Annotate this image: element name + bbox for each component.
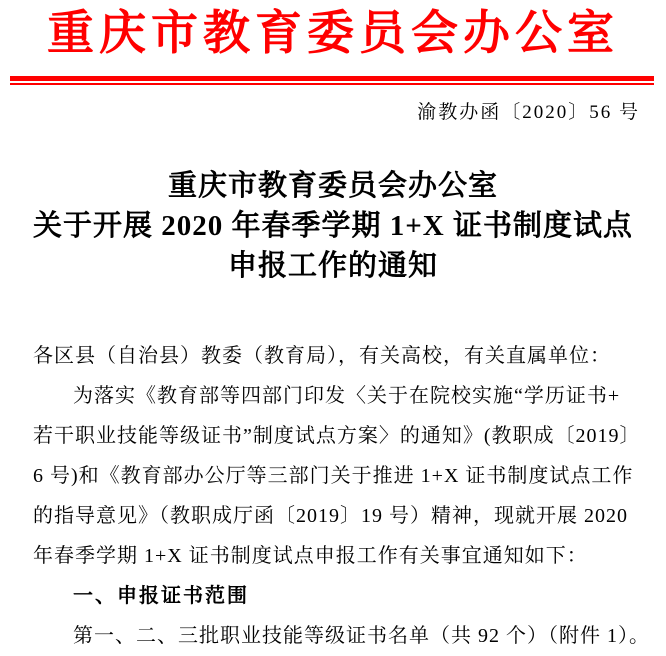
document-title-line-3: 申报工作的通知 <box>0 246 666 286</box>
paragraph-line: 的指导意见》（教职成厅函〔2019〕19 号）精神，现就开展 2020 <box>33 496 642 536</box>
document-title: 重庆市教育委员会办公室 关于开展 2020 年春季学期 1+X 证书制度试点 申… <box>0 166 666 286</box>
paragraph-line: 为落实《教育部等四部门印发〈关于在院校实施“学历证书+ <box>33 376 642 416</box>
letterhead-divider-rule <box>10 76 654 85</box>
section-1-heading: 一、申报证书范围 <box>33 576 642 616</box>
paragraph-line: 6 号)和《教育部办公厅等三部门关于推进 1+X 证书制度试点工作 <box>33 456 642 496</box>
paragraph-line: 若干职业技能等级证书”制度试点方案〉的通知》(教职成〔2019〕 <box>33 416 642 456</box>
divider-thin-bar <box>10 83 654 85</box>
salutation-line: 各区县（自治县）教委（教育局），有关高校，有关直属单位： <box>33 336 642 376</box>
letterhead-org-name: 重庆市教育委员会办公室 <box>0 2 666 66</box>
document-title-line-1: 重庆市教育委员会办公室 <box>0 166 666 206</box>
document-body: 各区县（自治县）教委（教育局），有关高校，有关直属单位： 为落实《教育部等四部门… <box>33 336 642 656</box>
section-1-content-line: 第一、二、三批职业技能等级证书名单（共 92 个）（附件 1）。 <box>33 616 642 656</box>
paragraph-line: 年春季学期 1+X 证书制度试点申报工作有关事宜通知如下： <box>33 536 642 576</box>
official-document-page: 重庆市教育委员会办公室 渝教办函〔2020〕56 号 重庆市教育委员会办公室 关… <box>0 0 666 656</box>
document-reference-number: 渝教办函〔2020〕56 号 <box>417 100 640 125</box>
document-title-line-2: 关于开展 2020 年春季学期 1+X 证书制度试点 <box>0 206 666 246</box>
